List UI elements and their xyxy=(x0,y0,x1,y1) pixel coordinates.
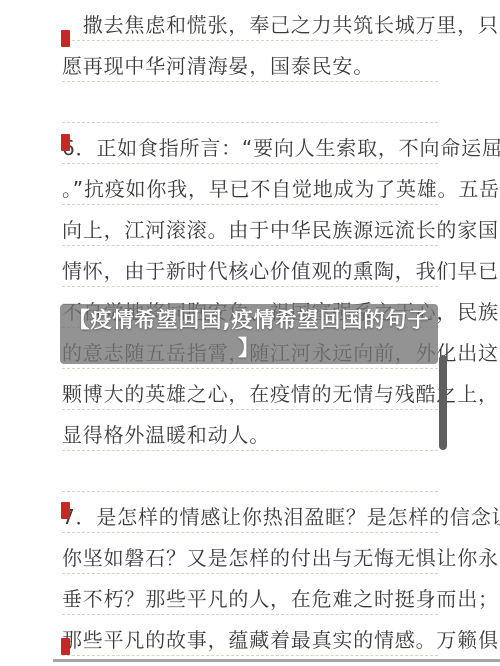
text-line: 情怀，由于新时代核心价值观的熏陶，我们早已 xyxy=(62,246,438,287)
caption-overlay: 【疫情希望回国,疫情希望回国的句子 】 xyxy=(60,304,438,364)
text-line: 你坚如磐石？又是怎样的付出与无悔无惧让你永 xyxy=(62,533,438,574)
text-line: 向上，江河滚滚。由于中华民族源远流长的家国 xyxy=(62,205,438,246)
bottom-divider xyxy=(53,659,500,662)
text-line: 7．是怎样的情感让你热泪盈眶？是怎样的信念让 xyxy=(62,492,438,533)
scrollbar-thumb[interactable] xyxy=(439,355,447,450)
text-line: 那些平凡的故事，蕴藏着最真实的情感。万籁俱 xyxy=(62,615,438,656)
text-line-empty xyxy=(62,451,438,492)
red-paragraph-marker xyxy=(61,638,70,655)
text-line: 愿再现中华河清海晏，国泰民安。 xyxy=(62,41,438,82)
red-paragraph-marker xyxy=(61,30,70,47)
text-line: 6．正如食指所言：“要向人生索取，不向命运屈服 xyxy=(62,123,438,164)
text-line: 。”抗疫如你我，早已不自觉地成为了英雄。五岳 xyxy=(62,164,438,205)
red-paragraph-marker xyxy=(61,502,70,519)
caption-title-line2: 】 xyxy=(238,334,260,362)
text-line: 颗博大的英雄之心，在疫情的无情与残酷之上， xyxy=(62,369,438,410)
text-line: ，撒去焦虑和慌张，奉己之力共筑长城万里，只 xyxy=(62,0,438,41)
text-line: 显得格外温暖和动人。 xyxy=(62,410,438,451)
article-page: { "article": { "lines": [ "，撒去焦虑和慌张，奉己之力… xyxy=(0,0,500,666)
red-paragraph-marker xyxy=(61,134,70,151)
text-line-empty xyxy=(62,82,438,123)
text-line: 垂不朽？那些平凡的人，在危难之时挺身而出； xyxy=(62,574,438,615)
caption-title-line1: 【疫情希望回国,疫情希望回国的句子 xyxy=(69,306,430,334)
